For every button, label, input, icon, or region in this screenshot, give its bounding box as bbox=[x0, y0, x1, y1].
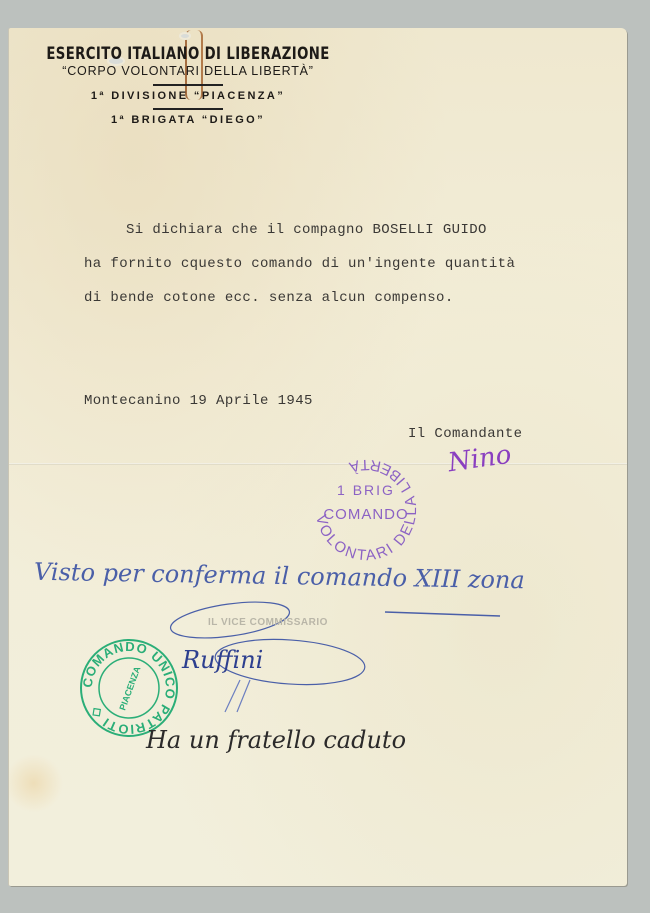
vice-commissioner-signature: Ruffini bbox=[182, 646, 263, 674]
stamp-ring-icon: COMANDO UNICO PATRIOTI ◇ PIACENZA bbox=[78, 638, 180, 738]
ink-flourish-icon bbox=[0, 0, 650, 913]
vice-commissioner-stamp: IL VICE COMMISSARIO bbox=[208, 617, 328, 628]
svg-text:PIACENZA: PIACENZA bbox=[117, 665, 142, 712]
handwritten-footer: Ha un fratello caduto bbox=[146, 726, 406, 754]
comando-unico-stamp: COMANDO UNICO PATRIOTI ◇ PIACENZA bbox=[78, 638, 180, 738]
